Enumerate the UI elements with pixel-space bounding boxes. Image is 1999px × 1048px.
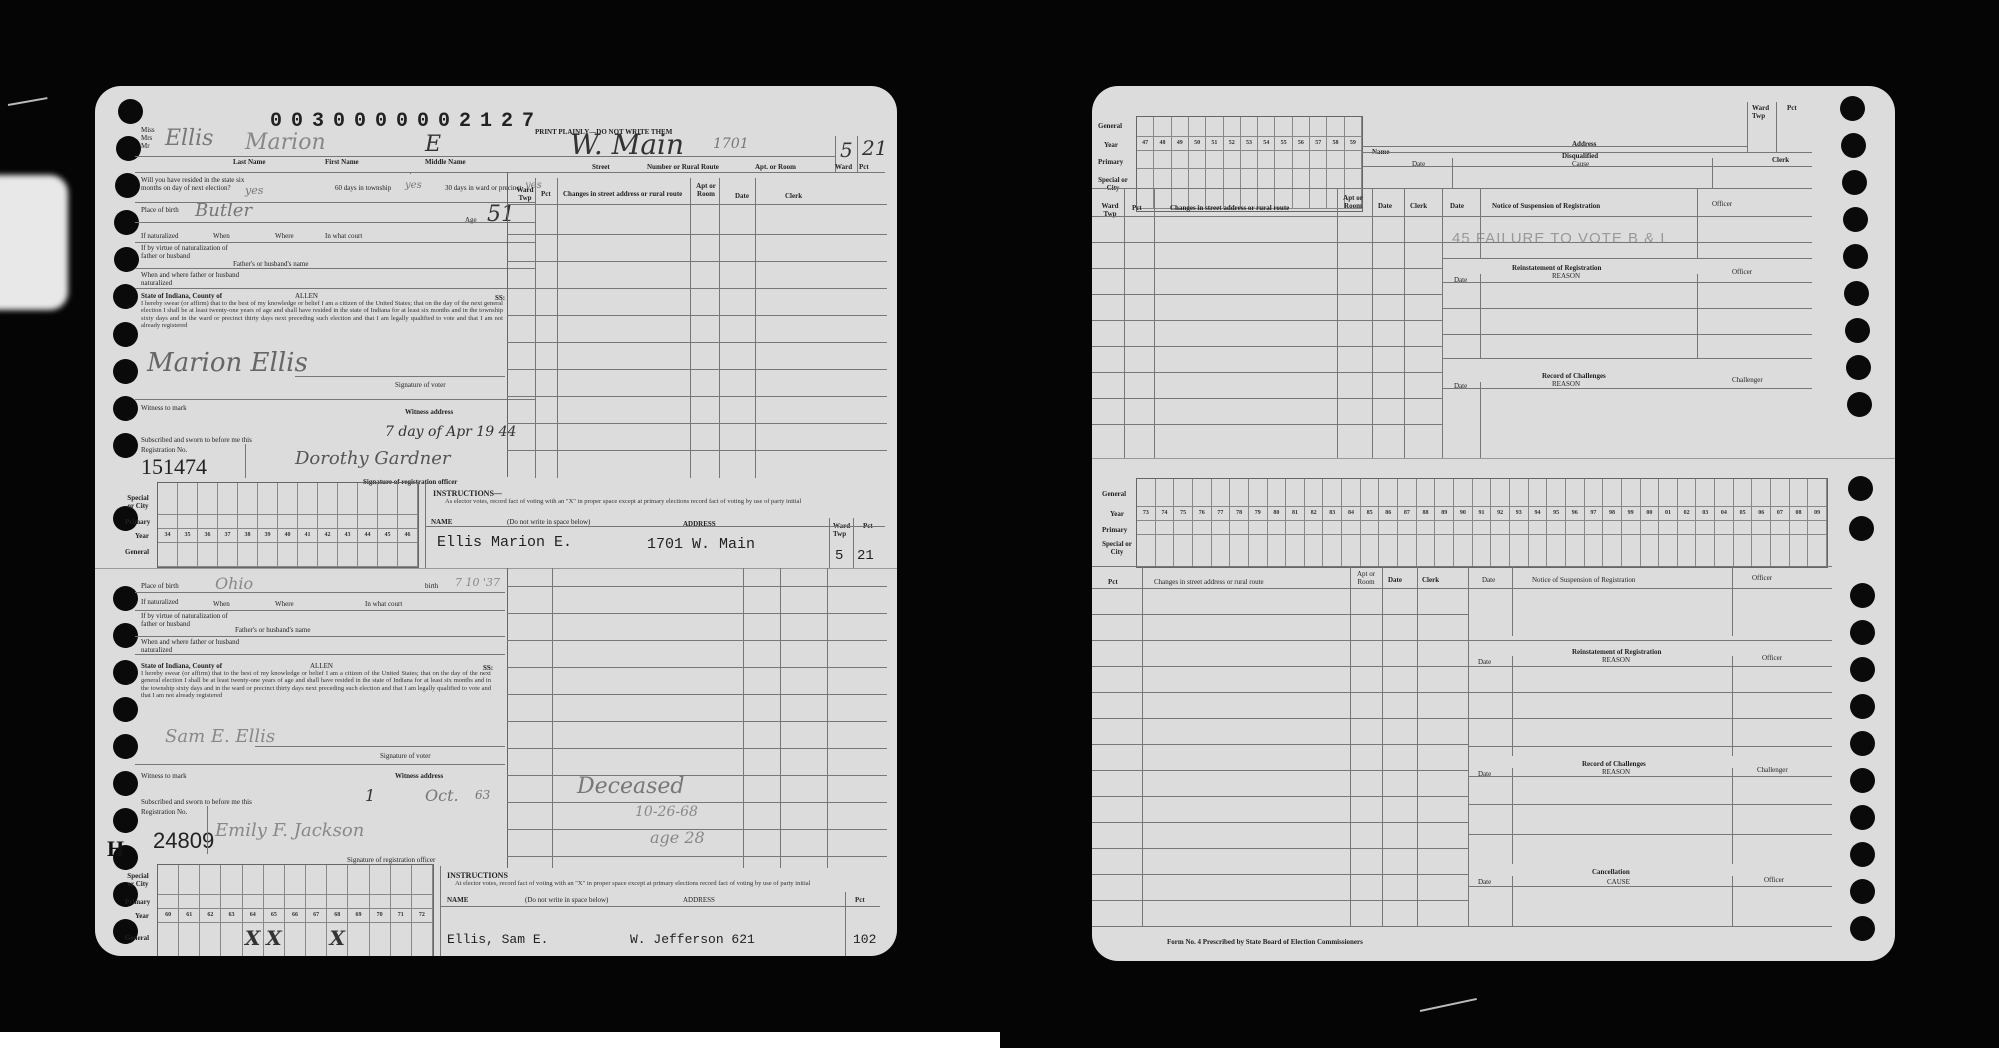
rc-mid-row-general: General <box>1102 490 1126 498</box>
residency-ward-label: 30 days in ward or precinct <box>445 184 521 192</box>
rc-row-general: General <box>1098 122 1122 130</box>
rc-mid-row-primary: Primary <box>1102 526 1127 534</box>
year-cell: 92 <box>1491 507 1510 521</box>
lower-birth-date-label: birth <box>425 582 438 590</box>
lower-oath-county: ALLEN <box>310 662 333 670</box>
year-cell: 34 <box>158 529 178 543</box>
year-cell: 86 <box>1379 507 1398 521</box>
punch-hole <box>1850 620 1875 645</box>
changes-header-pct: Pct <box>541 190 551 198</box>
year-cell: 98 <box>1603 507 1622 521</box>
year-cell: 09 <box>1808 507 1827 521</box>
residency-township-label: 60 days in township <box>335 184 391 192</box>
number-value: 1701 <box>713 136 749 152</box>
lower-instructions-text: At elector votes, record fact of voting … <box>455 880 865 887</box>
film-light-leak <box>0 175 68 310</box>
punch-hole <box>1850 768 1875 793</box>
year-cell: 70 <box>370 909 391 923</box>
year-cell: 47 <box>1137 137 1154 151</box>
punch-hole <box>1850 916 1875 941</box>
first-name-value: Marion <box>245 130 326 155</box>
year-cell: 71 <box>391 909 412 923</box>
lower-officer-signature: Emily F. Jackson <box>215 820 364 841</box>
vote-row-primary: Primary <box>125 518 150 526</box>
punch-hole <box>1849 516 1874 541</box>
lower-strip-pct-label: Pct <box>855 896 865 904</box>
year-cell: 50 <box>1189 137 1206 151</box>
year-cell: 38 <box>238 529 258 543</box>
rc-lower-date: Date <box>1388 576 1402 584</box>
year-cell: 02 <box>1678 507 1697 521</box>
year-cell: 00 <box>1641 507 1660 521</box>
year-cell: 76 <box>1193 507 1212 521</box>
rc-lower-challenges-challenger: Challenger <box>1757 766 1788 774</box>
year-cell: 65 <box>264 909 285 923</box>
punch-hole <box>1850 694 1875 719</box>
year-cell: 46 <box>398 529 418 543</box>
year-cell: 69 <box>348 909 369 923</box>
year-cell: 95 <box>1547 507 1566 521</box>
year-cell: 40 <box>278 529 298 543</box>
lower-registration-label: Registration No. <box>141 808 187 816</box>
year-cell: 58 <box>1327 137 1344 151</box>
rc-challenges-reason: REASON <box>1552 380 1580 388</box>
last-name-label: Last Name <box>233 158 265 166</box>
strip-note: (Do not write in space below) <box>507 518 590 526</box>
father-name-label: Father's or husband's name <box>233 260 308 268</box>
lower-registration-number: 24809 <box>153 828 214 854</box>
rc-vote-grid-top: 47 48 49 50 51 52 53 54 55 56 57 58 59 <box>1136 116 1363 212</box>
lower-naturalized-court: In what court <box>365 600 402 608</box>
punch-hole <box>113 808 138 833</box>
strip-address-value: 1701 W. Main <box>647 536 755 553</box>
lower-birth-label: Place of birth <box>141 582 179 590</box>
lower-instructions-title: INSTRUCTIONS <box>447 872 508 880</box>
punch-hole <box>1843 207 1868 232</box>
residency-state-label: Will you have resided in the state six m… <box>141 176 261 192</box>
rc-row-year: Year <box>1104 141 1118 149</box>
year-cell: 48 <box>1154 137 1171 151</box>
residency-state-value: yes <box>245 184 263 197</box>
year-cell: 77 <box>1212 507 1231 521</box>
punch-hole <box>1847 392 1872 417</box>
year-cell: 84 <box>1342 507 1361 521</box>
strip-pct-value: 21 <box>857 548 874 564</box>
strip-name-label: NAME <box>431 518 452 526</box>
year-cell: 44 <box>358 529 378 543</box>
punch-hole <box>1846 355 1871 380</box>
year-cell: 54 <box>1258 137 1275 151</box>
birth-value: Butler <box>195 200 252 221</box>
rc-ward-label: Ward Twp <box>1752 104 1772 120</box>
punch-hole <box>1842 170 1867 195</box>
year-cell: 75 <box>1174 507 1193 521</box>
rc-cancellation-officer: Officer <box>1764 876 1784 884</box>
year-cell: 80 <box>1268 507 1287 521</box>
changes-header-ward: Ward Twp <box>513 186 537 202</box>
strip-name-value: Ellis Marion E. <box>437 534 572 551</box>
strip-ward-label: Ward Twp <box>833 522 853 538</box>
rc-reinstatement-officer: Officer <box>1732 268 1752 276</box>
punch-hole <box>113 586 138 611</box>
year-cell: 49 <box>1172 137 1189 151</box>
voter-registration-card-front: 0030000002127 PRINT PLAINLY—DO NOT WRITE… <box>95 86 897 956</box>
year-cell: 55 <box>1275 137 1292 151</box>
punch-hole <box>113 771 138 796</box>
punch-hole <box>113 697 138 722</box>
naturalized-court: In what court <box>325 232 362 240</box>
rc-lower-susp-officer: Officer <box>1752 574 1772 582</box>
year-cell: 42 <box>318 529 338 543</box>
year-cell: 45 <box>378 529 398 543</box>
title-label-miss: Miss <box>141 126 155 134</box>
rc-disq-clerk-label: Clerk <box>1772 156 1789 164</box>
rc-lower-apt: Apt or Room <box>1354 570 1378 586</box>
rc-cancellation-title: Cancellation <box>1592 868 1630 876</box>
year-cell: 81 <box>1286 507 1305 521</box>
punch-hole <box>118 99 143 124</box>
film-scratch <box>8 97 48 106</box>
punch-hole <box>1845 318 1870 343</box>
year-cell: 57 <box>1310 137 1327 151</box>
registration-number: 151474 <box>141 454 207 480</box>
punch-hole <box>1843 244 1868 269</box>
year-cell: 61 <box>179 909 200 923</box>
punch-hole <box>1844 281 1869 306</box>
punch-hole <box>1850 805 1875 830</box>
year-cell: 41 <box>298 529 318 543</box>
year-cell: 52 <box>1224 137 1241 151</box>
naturalized-when: When <box>213 232 230 240</box>
lower-subscribed-year: 63 <box>475 788 490 802</box>
rc-cancellation-date: Date <box>1478 878 1491 886</box>
year-cell: 74 <box>1156 507 1175 521</box>
father-naturalization-label: If by virtue of naturalization of father… <box>141 244 231 260</box>
ward-label: Ward <box>835 163 852 171</box>
year-cell: 06 <box>1752 507 1771 521</box>
residency-township-value: yes <box>405 180 422 191</box>
lower-strip-name-value: Ellis, Sam E. <box>447 932 548 947</box>
vote-mark: X <box>264 923 285 956</box>
form-footer: Form No. 4 Prescribed by State Board of … <box>1167 938 1363 946</box>
year-cell: 37 <box>218 529 238 543</box>
year-cell: 01 <box>1659 507 1678 521</box>
year-cell: 60 <box>158 909 179 923</box>
witness-label: Witness to mark <box>141 404 187 412</box>
birth-label: Place of birth <box>141 206 179 214</box>
rc-lower-reinstatement-officer: Officer <box>1762 654 1782 662</box>
vote-mark: X <box>327 923 348 956</box>
year-cell: 91 <box>1473 507 1492 521</box>
year-cell: 64 <box>243 909 264 923</box>
year-cell: 88 <box>1417 507 1436 521</box>
year-cell: 87 <box>1398 507 1417 521</box>
rc-lower-reinstatement-title: Reinstatement of Registration <box>1572 648 1661 656</box>
rc-changes-clerk: Clerk <box>1410 202 1427 210</box>
year-cell: 05 <box>1734 507 1753 521</box>
lower-naturalized-when: When <box>213 600 230 608</box>
vote-mark: X <box>243 923 264 956</box>
year-cell: 53 <box>1241 137 1258 151</box>
lower-subscribed-month: Oct. <box>425 786 459 805</box>
lower-vote-row-general: General <box>125 934 149 942</box>
vote-grid-top: 34 35 36 37 38 39 40 41 42 43 44 45 46 <box>157 482 419 568</box>
punch-hole <box>113 660 138 685</box>
apt-label: Apt. or Room <box>755 163 796 171</box>
year-cell: 43 <box>338 529 358 543</box>
punch-hole <box>1850 583 1875 608</box>
year-cell: 97 <box>1585 507 1604 521</box>
vote-row-general: General <box>125 548 149 556</box>
age-value: 51 <box>487 202 515 227</box>
rc-disqualified-title: Disqualified <box>1562 152 1598 160</box>
year-cell: 51 <box>1206 137 1223 151</box>
pct-value: 21 <box>862 136 887 160</box>
rc-row-primary: Primary <box>1098 158 1123 166</box>
rc-changes-date: Date <box>1378 202 1392 210</box>
year-cell: 56 <box>1293 137 1310 151</box>
first-name-label: First Name <box>325 158 359 166</box>
lower-voter-signature: Sam E. Ellis <box>165 726 275 747</box>
punch-hole <box>113 322 138 347</box>
deceased-date: 10-26-68 <box>635 804 698 820</box>
year-cell: 66 <box>285 909 306 923</box>
year-cell: 04 <box>1715 507 1734 521</box>
rc-lower-susp-title: Notice of Suspension of Registration <box>1532 576 1635 584</box>
middle-name-value: E <box>425 132 441 157</box>
lower-vote-row-year: Year <box>135 912 149 920</box>
year-cell: 99 <box>1622 507 1641 521</box>
rc-challenges-title: Record of Challenges <box>1542 372 1606 380</box>
subscribed-label: Subscribed and sworn to before me this <box>141 436 252 444</box>
oath-county: ALLEN <box>295 292 318 300</box>
lower-oath-text: I hereby swear (or affirm) that to the b… <box>141 670 491 699</box>
lower-father-when-where: When and where father or husband natural… <box>141 638 241 654</box>
street-label: Street <box>592 163 610 171</box>
year-cell: 08 <box>1790 507 1809 521</box>
rc-cancellation-cause: CAUSE <box>1607 878 1630 886</box>
punch-hole <box>113 359 138 384</box>
rc-pct-label: Pct <box>1787 104 1797 112</box>
rc-lower-reinstatement-date: Date <box>1478 658 1491 666</box>
lower-naturalized-label: If naturalized <box>141 598 179 606</box>
changes-header-apt: Apt or Room <box>695 182 717 198</box>
rc-challenges-challenger: Challenger <box>1732 376 1763 384</box>
year-cell: 73 <box>1137 507 1156 521</box>
lower-witness-address-label: Witness address <box>395 772 443 780</box>
lower-subscribed-label: Subscribed and sworn to before me this <box>141 798 252 806</box>
punch-hole <box>115 173 140 198</box>
rc-suspension-title: Notice of Suspension of Registration <box>1492 202 1600 210</box>
rc-reinstatement-title: Reinstatement of Registration <box>1512 264 1601 272</box>
instructions-text: As elector votes, record fact of voting … <box>445 498 865 505</box>
deceased-age: age 28 <box>650 828 705 847</box>
punch-hole <box>1850 879 1875 904</box>
naturalized-label: If naturalized <box>141 232 179 240</box>
subscribed-value: 7 day of Apr 19 44 <box>385 424 516 440</box>
lower-oath-heading: State of Indiana, County of <box>141 662 222 670</box>
officer-signature: Dorothy Gardner <box>295 448 451 469</box>
punch-hole <box>1850 657 1875 682</box>
punch-hole <box>1848 476 1873 501</box>
year-cell: 62 <box>200 909 221 923</box>
witness-address-label: Witness address <box>405 408 453 416</box>
lower-vote-row-special: Special or City <box>125 872 151 888</box>
year-cell: 59 <box>1345 137 1362 151</box>
year-cell: 94 <box>1529 507 1548 521</box>
voter-registration-card-back: General Year Primary Special or City 47 … <box>1092 86 1895 961</box>
year-cell: 79 <box>1249 507 1268 521</box>
punch-hole <box>113 433 138 458</box>
lower-strip-address-label: ADDRESS <box>683 896 715 904</box>
registration-prefix: H <box>107 836 124 862</box>
rc-suspension-officer: Officer <box>1712 200 1732 208</box>
lower-strip-note: (Do not write in space below) <box>525 896 608 904</box>
lower-strip-address-value: W. Jefferson 621 <box>630 932 755 947</box>
year-cell: 85 <box>1361 507 1380 521</box>
year-cell: 63 <box>221 909 242 923</box>
year-cell: 82 <box>1305 507 1324 521</box>
ward-value: 5 <box>840 138 853 162</box>
year-cell: 67 <box>306 909 327 923</box>
instructions-title: INSTRUCTIONS— <box>433 490 502 498</box>
punch-hole <box>1850 842 1875 867</box>
lower-vote-row-primary: Primary <box>125 898 150 906</box>
year-cell: 68 <box>327 909 348 923</box>
year-cell: 72 <box>412 909 433 923</box>
rc-lower-susp-date: Date <box>1482 576 1495 584</box>
naturalized-where: Where <box>275 232 294 240</box>
changes-header-date: Date <box>735 192 749 200</box>
film-scratch <box>1420 998 1477 1012</box>
rc-reinstatement-reason: REASON <box>1552 272 1580 280</box>
father-when-where-label: When and where father or husband natural… <box>141 271 241 287</box>
rc-mid-row-year: Year <box>1110 510 1124 518</box>
lower-naturalized-where: Where <box>275 600 294 608</box>
rc-suspension-date: Date <box>1450 202 1464 210</box>
rc-changes-pct: Pct <box>1132 204 1142 212</box>
oath-heading: State of Indiana, County of <box>141 292 222 300</box>
punch-hole <box>116 136 141 161</box>
registration-label: Registration No. <box>141 446 187 454</box>
rc-lower-reinstatement-reason: REASON <box>1602 656 1630 664</box>
lower-witness-label: Witness to mark <box>141 772 187 780</box>
lower-subscribed-day: 1 <box>365 786 375 805</box>
vote-row-year: Year <box>135 532 149 540</box>
lower-strip-pct-value: 102 <box>853 932 876 947</box>
middle-name-label: Middle Name <box>425 158 466 166</box>
rc-lower-address: Changes in street address or rural route <box>1154 578 1264 586</box>
rc-lower-clerk: Clerk <box>1422 576 1439 584</box>
punch-hole <box>1850 731 1875 756</box>
lower-strip-name-label: NAME <box>447 896 468 904</box>
year-cell: 07 <box>1771 507 1790 521</box>
voter-signature: Marion Ellis <box>147 348 308 378</box>
year-cell: 93 <box>1510 507 1529 521</box>
rc-mid-row-special: Special or City <box>1102 540 1132 556</box>
changes-header-clerk: Clerk <box>785 192 802 200</box>
rc-lower-pct: Pct <box>1108 578 1118 586</box>
rc-changes-address: Changes in street address or rural route <box>1170 204 1289 212</box>
rc-lower-challenges-title: Record of Challenges <box>1582 760 1646 768</box>
changes-header-address: Changes in street address or rural route <box>563 190 682 198</box>
rc-vote-grid-middle: 73 74 75 76 77 78 79 80 81 82 83 84 85 8… <box>1136 478 1828 568</box>
bottom-white-strip <box>0 1032 1000 1048</box>
vote-row-special: Special or City <box>125 494 151 510</box>
title-label-mrs: Mrs <box>141 134 152 142</box>
pct-label: Pct <box>859 163 869 171</box>
rc-lower-challenges-reason: REASON <box>1602 768 1630 776</box>
lower-father-name-label: Father's or husband's name <box>235 626 310 634</box>
deceased-note: Deceased <box>577 774 685 799</box>
vote-grid-bottom: 60 61 62 63 64 65 66 67 68 69 70 71 72 X… <box>157 864 434 956</box>
lower-officer-signature-label: Signature of registration officer <box>347 856 435 864</box>
lower-birth-date-value: 7 10 '37 <box>455 576 500 589</box>
last-name-value: Ellis <box>165 126 213 151</box>
year-cell: 35 <box>178 529 198 543</box>
year-cell: 03 <box>1696 507 1715 521</box>
year-cell: 83 <box>1323 507 1342 521</box>
oath-text: I hereby swear (or affirm) that to the b… <box>141 300 503 329</box>
year-cell: 39 <box>258 529 278 543</box>
title-label-mr: Mr <box>141 142 150 150</box>
punch-hole <box>1841 133 1866 158</box>
number-label: Number or Rural Route <box>647 163 719 171</box>
voter-signature-label: Signature of voter <box>395 381 446 389</box>
lower-father-label: If by virtue of naturalization of father… <box>141 612 231 628</box>
lower-voter-signature-label: Signature of voter <box>380 752 431 760</box>
year-cell: 78 <box>1230 507 1249 521</box>
strip-ward-value: 5 <box>835 548 843 564</box>
year-cell: 89 <box>1435 507 1454 521</box>
year-cell: 96 <box>1566 507 1585 521</box>
rc-changes-apt: Apt or Room <box>1342 194 1364 210</box>
year-cell: 36 <box>198 529 218 543</box>
punch-hole <box>113 734 138 759</box>
suspension-stamp: 45 FAILURE TO VOTE B & L <box>1452 230 1670 247</box>
year-cell: 90 <box>1454 507 1473 521</box>
punch-hole <box>1840 96 1865 121</box>
lower-birth-value: Ohio <box>215 574 253 593</box>
